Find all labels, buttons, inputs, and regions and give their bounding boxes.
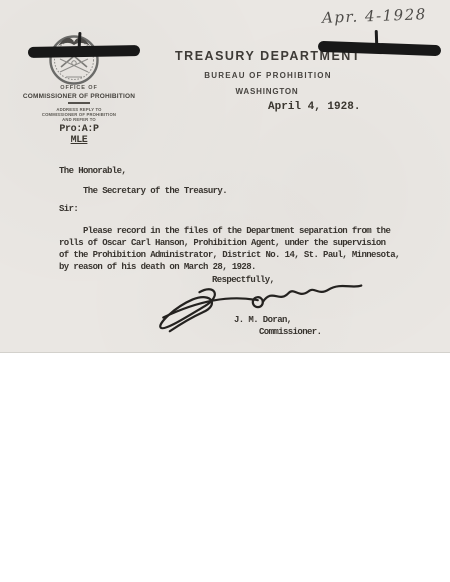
file-reference-code: Pro:A:P	[13, 124, 145, 135]
commissioner-of-prohibition-label: COMMISSIONER OF PROHIBITION	[13, 93, 145, 100]
treasury-seal-icon	[48, 33, 102, 89]
letter-paper: Apr. 4-1928 OFFICE OF COMMISSIONER OF PR…	[0, 0, 450, 353]
salutation: Sir:	[59, 204, 78, 214]
body-line-1: Please record in the files of the Depart…	[83, 226, 390, 236]
typist-initials: MLE	[13, 135, 145, 146]
body-line-4: by reason of his death on March 28, 1928…	[59, 262, 256, 272]
handwritten-signature	[154, 276, 371, 338]
bureau-of-prohibition-heading: BUREAU OF PROHIBITION	[204, 71, 331, 80]
recipient-line-2: The Secretary of the Treasury.	[83, 186, 227, 196]
signed-name: J. M. Doran,	[234, 315, 292, 325]
recipient-line-1: The Honorable,	[59, 166, 126, 176]
letterhead-divider	[68, 102, 90, 104]
letterhead-left-block: OFFICE OF COMMISSIONER OF PROHIBITION AD…	[13, 85, 145, 146]
washington-heading: WASHINGTON	[236, 87, 299, 96]
scanned-letter-page: Apr. 4-1928 OFFICE OF COMMISSIONER OF PR…	[0, 0, 450, 582]
address-reply-line3: AND REFER TO	[13, 117, 145, 122]
body-line-3: of the Prohibition Administrator, Distri…	[59, 250, 400, 260]
marker-bar-left-icon	[28, 45, 140, 58]
body-line-2: rolls of Oscar Carl Hanson, Prohibition …	[59, 238, 385, 248]
handwritten-date-annotation: Apr. 4-1928	[322, 5, 427, 27]
typed-date-line: April 4, 1928.	[268, 101, 360, 113]
